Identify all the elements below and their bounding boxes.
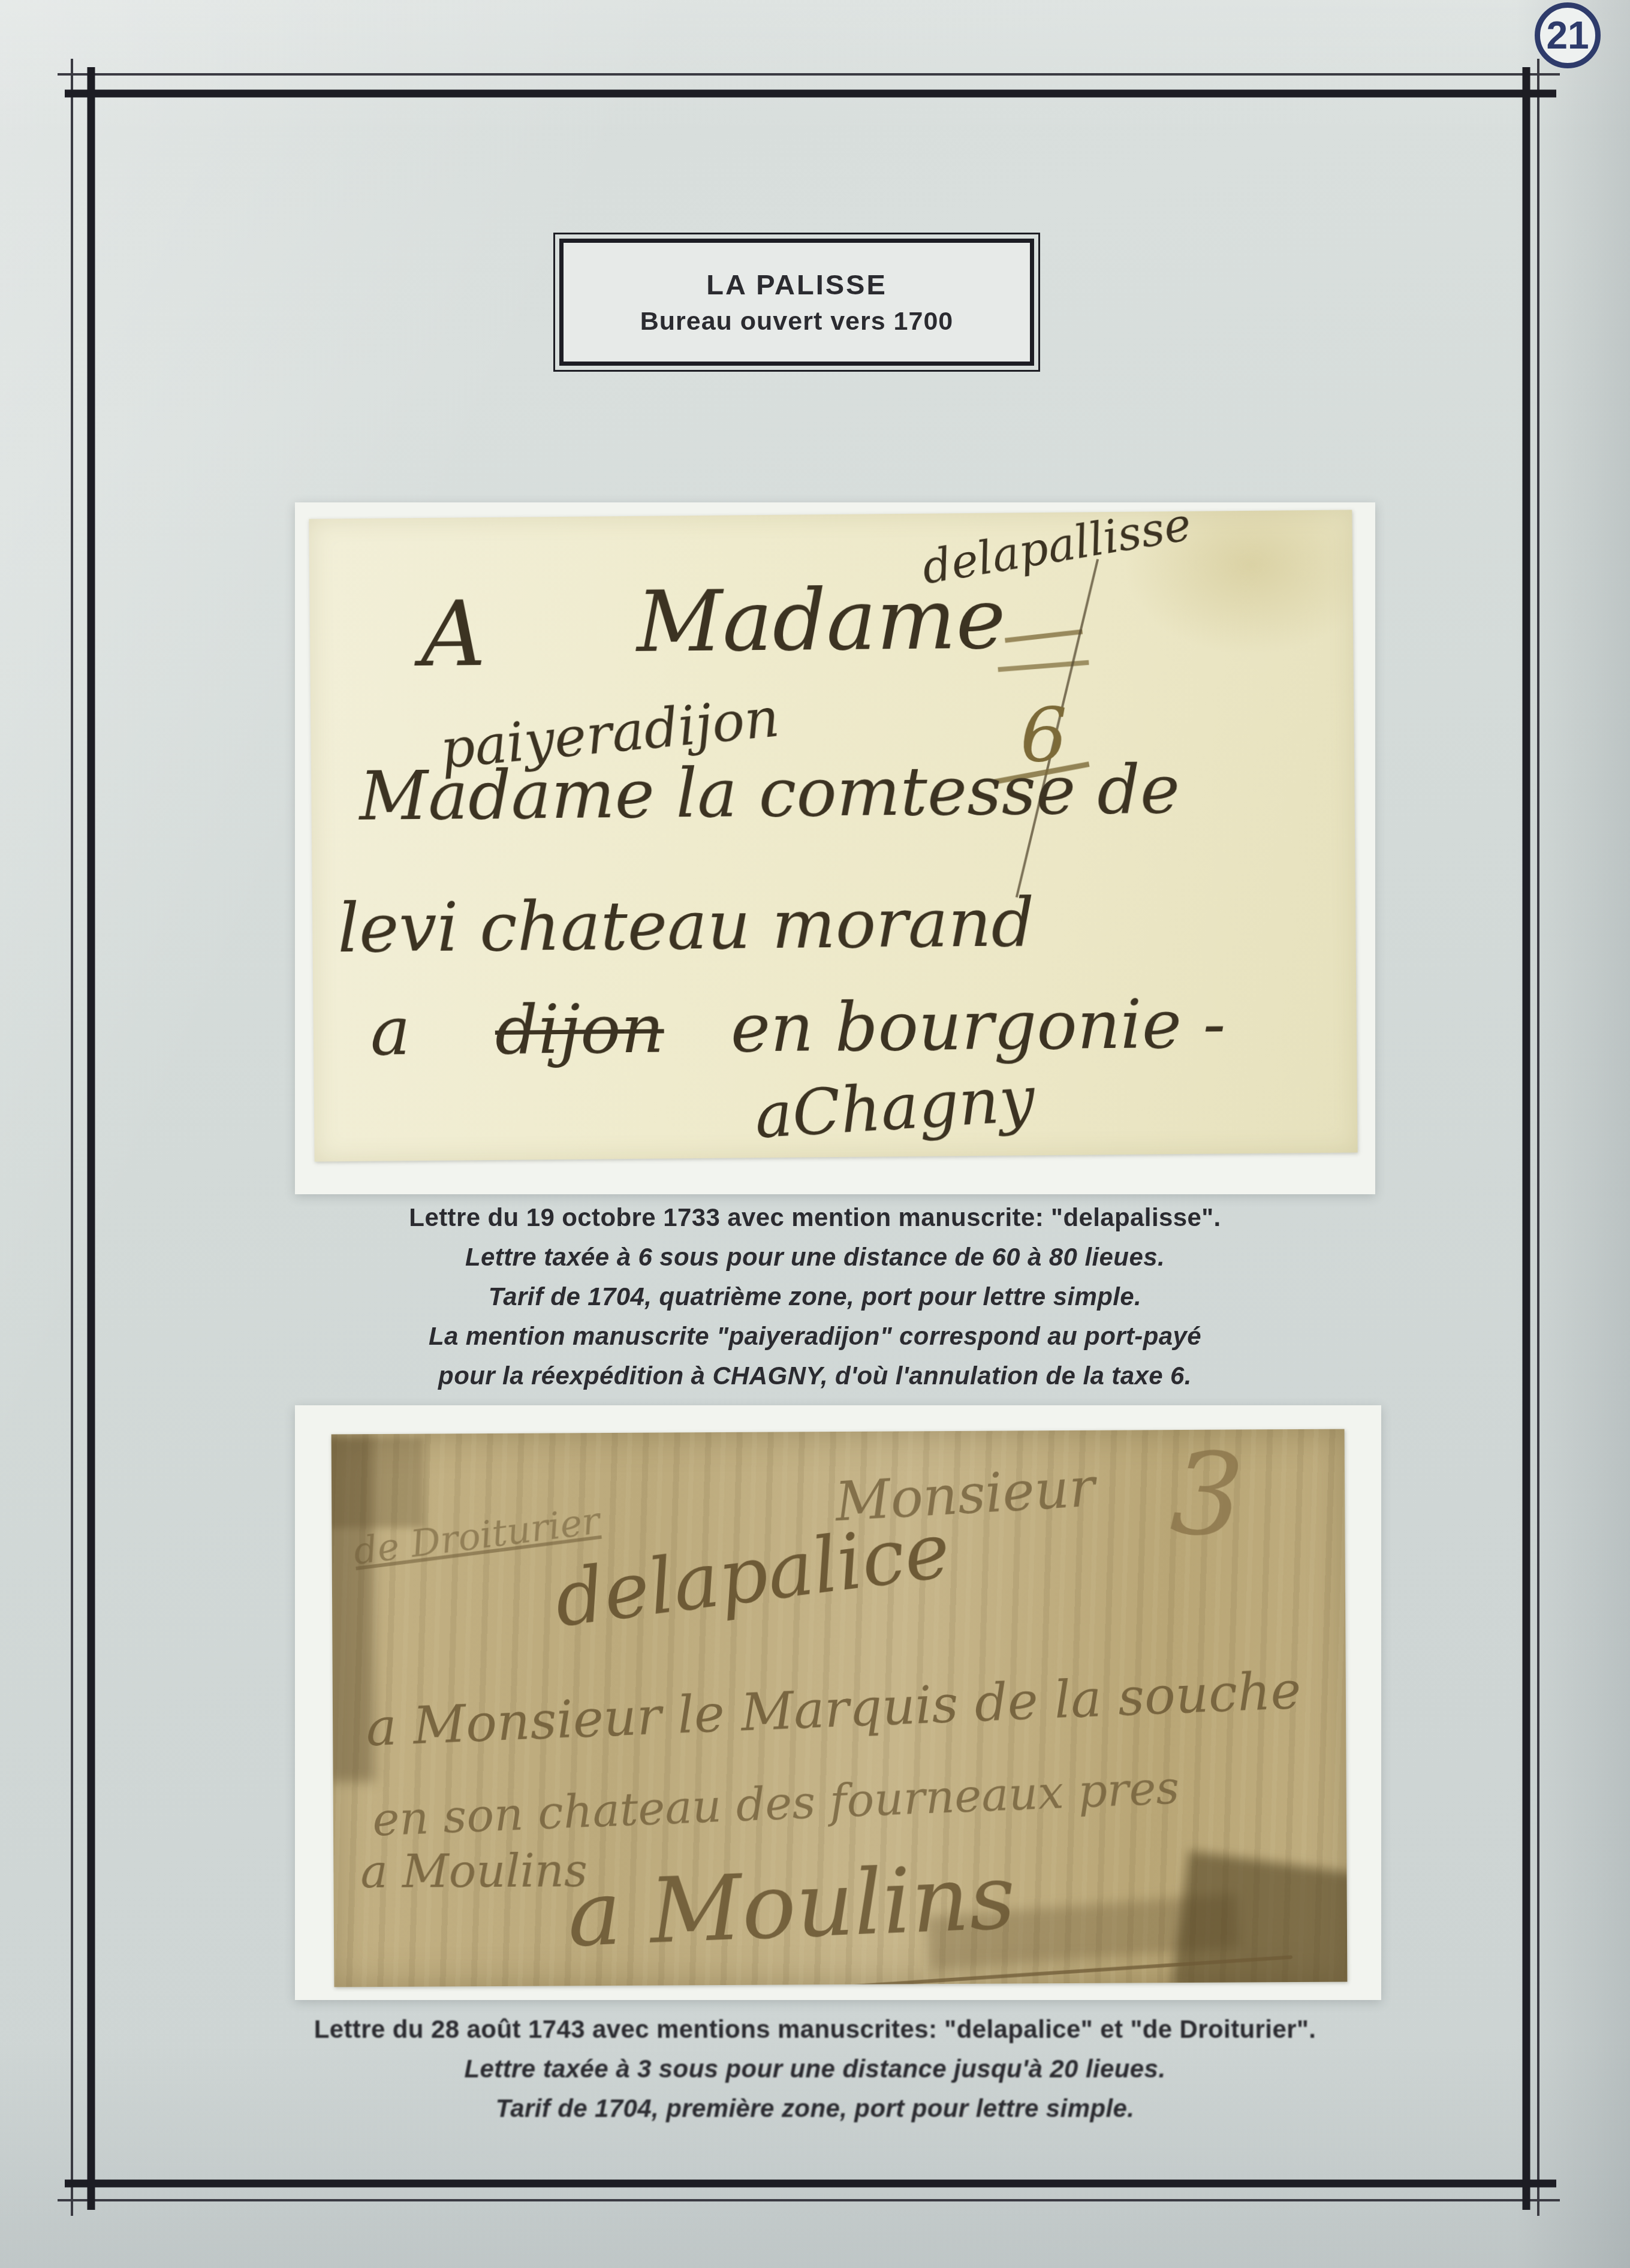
title-box: LA PALISSE Bureau ouvert vers 1700: [559, 239, 1034, 366]
letter1-photo: delapallisse A Madame 6 paiyeradijon Mad…: [309, 510, 1357, 1161]
caption-line: Lettre du 28 août 1743 avec mentions man…: [0, 2010, 1630, 2049]
letter1-address-prefix: A: [420, 589, 486, 680]
letter1-line3-struck-city: dijon: [495, 990, 664, 1069]
letter2-address-line4: a Moulins: [566, 1852, 1017, 1960]
letter2-corner-patch: [332, 1438, 424, 1528]
letter1-address-name: Madame: [636, 577, 1006, 664]
letter2-corner-stain: [1171, 1851, 1347, 1987]
caption-line: pour la réexpédition à CHAGNY, d'où l'an…: [0, 1356, 1630, 1396]
letter1-address-line2: levi chateau morand: [338, 889, 1035, 962]
page-number-badge: 21: [1535, 2, 1601, 68]
letter1-address-line3: a dijon en bourgonie -: [370, 990, 1226, 1065]
title-line2: Bureau ouvert vers 1700: [640, 307, 954, 336]
caption-line: Lettre taxée à 6 sous pour une distance …: [0, 1237, 1630, 1277]
caption-line: Lettre du 19 octobre 1733 avec mention m…: [0, 1198, 1630, 1237]
tax-cancel-bar-1: [1005, 630, 1083, 643]
letter2-caption: Lettre du 28 août 1743 avec mentions man…: [0, 2010, 1630, 2128]
caption-line: Tarif de 1704, première zone, port pour …: [0, 2089, 1630, 2128]
letter1-line3-prefix: a: [370, 992, 411, 1071]
caption-line: Lettre taxée à 3 sous pour une distance …: [0, 2049, 1630, 2089]
title-line1: LA PALISSE: [706, 268, 887, 301]
tax-cancel-bar-2: [998, 660, 1089, 672]
letter2-photo: de Droiturier Monsieur 3 delapalice a Mo…: [332, 1429, 1348, 1987]
letter2-address-line3: a Moulins: [360, 1848, 587, 1894]
letter1-line3-suffix: en bourgonie -: [730, 985, 1226, 1067]
letter1-address-line4: aChagny: [753, 1068, 1037, 1147]
letter1-caption: Lettre du 19 octobre 1733 avec mention m…: [0, 1198, 1630, 1396]
letter1-address-line1: Madame la comtesse de: [359, 756, 1180, 830]
page-number: 21: [1546, 13, 1589, 58]
album-page: 21 LA PALISSE Bureau ouvert vers 1700 de…: [0, 0, 1630, 2268]
caption-line: Tarif de 1704, quatrième zone, port pour…: [0, 1277, 1630, 1317]
caption-line: La mention manuscrite "paiyeradijon" cor…: [0, 1317, 1630, 1356]
letter2-tax-value: 3: [1168, 1436, 1246, 1553]
